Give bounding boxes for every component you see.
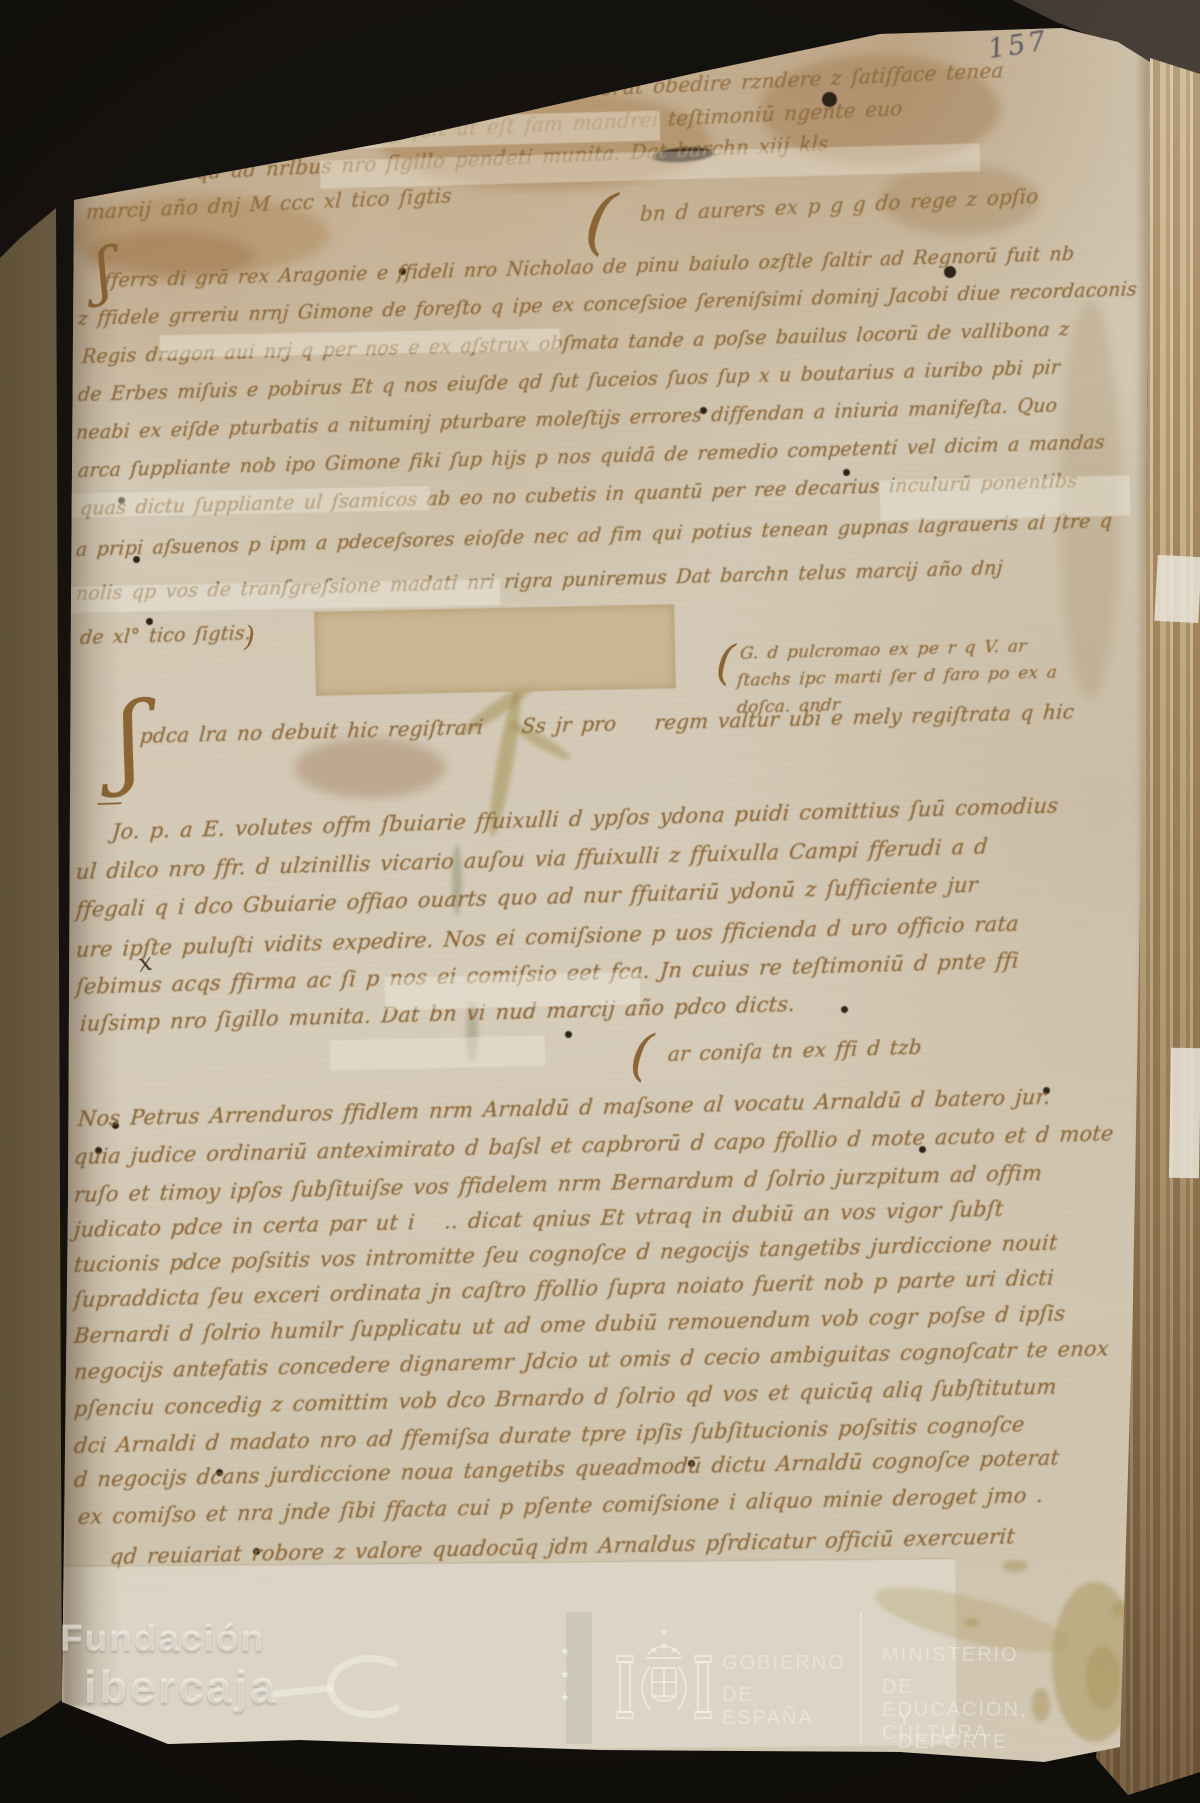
fore-edge-tab [1154, 555, 1200, 623]
splash-droplet [1002, 1560, 1028, 1572]
manuscript-text-layer: lbs ayls baiulio dne loco aamdeoy ad eue… [0, 0, 1200, 1803]
repair-slip [385, 972, 641, 1010]
scribal-mark-5: ( [627, 1022, 656, 1089]
entry-substitution-line-2: quia judice ordinariū anteximirato d baſ… [73, 1121, 1115, 1169]
scribal-mark-8: — [96, 787, 123, 818]
repair-slip [880, 475, 1131, 520]
entry-top-fragment-line-4: marcij año dnj M ccc xl tico ſigtis [85, 183, 452, 224]
scribal-mark-3: ʃ [112, 680, 147, 799]
fore-edge-tab [1169, 1048, 1200, 1179]
note-registration-line-1: pdca lra no debuit hic regiſtrari Ss jr … [139, 700, 1075, 749]
scribal-mark-4: ( [714, 634, 737, 691]
scribal-mark-1: ( [580, 176, 621, 265]
manuscript-photo: lbs ayls baiulio dne loco aamdeoy ad eue… [0, 0, 1200, 1803]
entry-vallibona-line-10: de xl° tico ſigtis. [79, 622, 252, 649]
splash-droplet [964, 1618, 980, 1627]
note-registrator-line-1: G. d pulcromao ex pe r q V. ar [739, 636, 1027, 664]
entry-top-fragment-line-5: bn d aurers ex p g g do rege z opſio [639, 184, 1039, 226]
glued-paper-patch [314, 604, 676, 696]
entry-fuixulli-line-7: ar coniſa tn ex ffi d tzb [667, 1035, 923, 1066]
manuscript-page: lbs ayls baiulio dne loco aamdeoy ad eue… [0, 0, 1200, 1803]
scribal-mark-6: ) [244, 620, 255, 653]
repair-slip [330, 1036, 546, 1071]
bottom-guard-sheet [57, 1558, 957, 1753]
note-registrator-line-2: ſtachs ipc marti ſer d faro po ex a [736, 663, 1058, 691]
splash-droplet [1086, 1646, 1120, 1710]
entry-substitution-line-1: Nos Petrus Arrenduros ffidlem nrm Arnald… [77, 1085, 1051, 1131]
splash-droplet [1032, 1688, 1050, 1722]
entry-substitution-line-12: ex comiſso et nra jnde ſibi ffacta cui p… [77, 1483, 1044, 1529]
